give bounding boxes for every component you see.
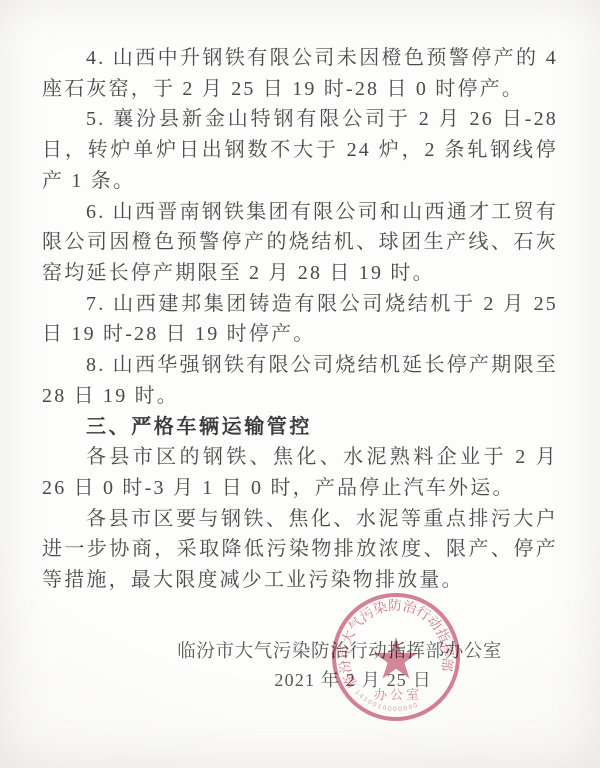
paragraph-emission-reduction: 各县市区要与钢铁、焦化、水泥等重点排污大户进一步协商，采取降低污染物排放浓度、限… (42, 504, 558, 596)
issuing-office-signature: 临汾市大气污染防治行动指挥部办公室 (177, 639, 502, 666)
paragraph-item-5: 5. 襄汾县新金山特钢有限公司于 2 月 26 日-28 日，转炉单炉日出钢数不… (42, 104, 558, 196)
paragraph-transport-ban: 各县市区的钢铁、焦化、水泥熟料企业于 2 月 26 日 0 时-3 月 1 日 … (42, 442, 558, 503)
paragraph-item-6: 6. 山西晋南钢铁集团有限公司和山西通才工贸有限公司因橙色预警停产的烧结机、球团… (42, 197, 558, 289)
paragraph-item-8: 8. 山西华强钢铁有限公司烧结机延长停产期限至 28 日 19 时。 (42, 350, 558, 411)
signature-block: 临汾市大气污染防治行动指挥部办公室 2021 年 2 月 25 日 (177, 639, 502, 694)
paragraph-item-4: 4. 山西中升钢铁有限公司未因橙色预警停产的 4 座石灰窑，于 2 月 25 日… (42, 43, 558, 104)
issue-date: 2021 年 2 月 25 日 (177, 667, 502, 694)
scanned-document-page: 4. 山西中升钢铁有限公司未因橙色预警停产的 4 座石灰窑，于 2 月 25 日… (0, 0, 600, 768)
section-heading: 三、严格车辆运输管控 (42, 411, 558, 442)
document-body: 4. 山西中升钢铁有限公司未因橙色预警停产的 4 座石灰窑，于 2 月 25 日… (42, 43, 558, 596)
paragraph-item-7: 7. 山西建邦集团铸造有限公司烧结机于 2 月 25 日 19 时-28 日 1… (42, 289, 558, 350)
